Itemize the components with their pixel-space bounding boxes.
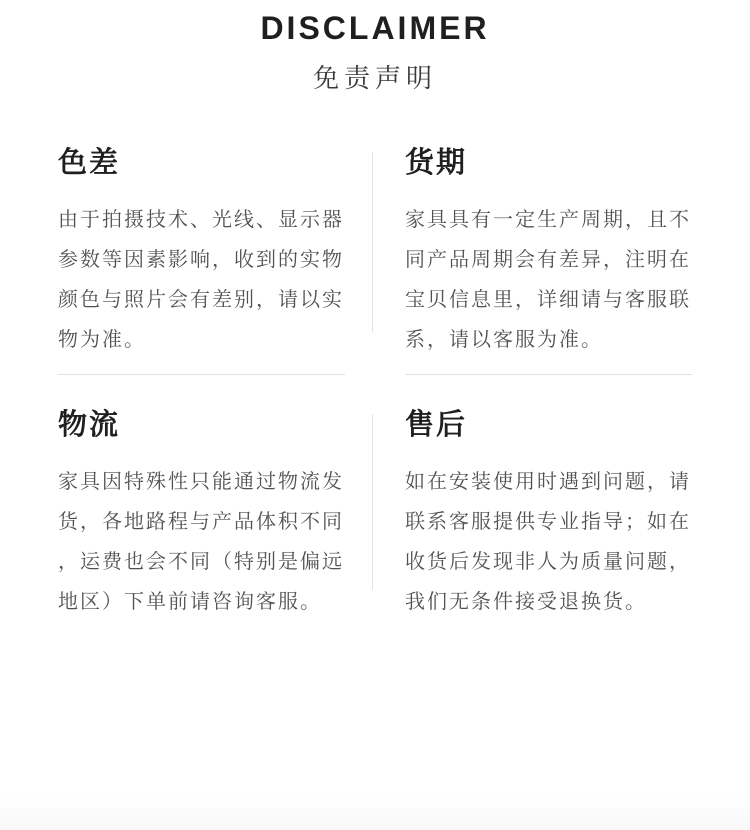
section-logistics: 物流 家具因特殊性只能通过物流发 货，各地路程与产品体积不同 ，运费也会不同（特… (58, 408, 345, 622)
section-heading-delivery-time: 货期 (405, 146, 692, 180)
section-body-after-sales: 如在安装使用时遇到问题，请 联系客服提供专业指导；如在 收货后发现非人为质量问题… (405, 462, 692, 622)
page-bottom-fade (0, 796, 750, 830)
section-body-logistics: 家具因特殊性只能通过物流发 货，各地路程与产品体积不同 ，运费也会不同（特别是偏… (58, 462, 345, 622)
section-color-difference: 色差 由于拍摄技术、光线、显示器 参数等因素影响，收到的实物 颜色与照片会有差别… (58, 146, 345, 360)
horizontal-divider-left (58, 374, 345, 375)
vertical-divider-bottom (372, 414, 373, 590)
page-header: DISCLAIMER 免责声明 (0, 0, 750, 96)
page-title: DISCLAIMER (0, 6, 750, 50)
vertical-divider-top (372, 152, 373, 332)
sections-grid: 色差 由于拍摄技术、光线、显示器 参数等因素影响，收到的实物 颜色与照片会有差别… (58, 146, 692, 622)
disclaimer-page: DISCLAIMER 免责声明 色差 由于拍摄技术、光线、显示器 参数等因素影响… (0, 0, 750, 830)
section-delivery-time: 货期 家具具有一定生产周期，且不 同产品周期会有差异，注明在 宝贝信息里，详细请… (405, 146, 692, 360)
section-body-delivery-time: 家具具有一定生产周期，且不 同产品周期会有差异，注明在 宝贝信息里，详细请与客服… (405, 200, 692, 360)
left-column: 色差 由于拍摄技术、光线、显示器 参数等因素影响，收到的实物 颜色与照片会有差别… (58, 146, 345, 622)
section-body-color-difference: 由于拍摄技术、光线、显示器 参数等因素影响，收到的实物 颜色与照片会有差别，请以… (58, 200, 345, 360)
section-after-sales: 售后 如在安装使用时遇到问题，请 联系客服提供专业指导；如在 收货后发现非人为质… (405, 408, 692, 622)
horizontal-divider-right (405, 374, 692, 375)
right-column: 货期 家具具有一定生产周期，且不 同产品周期会有差异，注明在 宝贝信息里，详细请… (405, 146, 692, 622)
section-heading-color-difference: 色差 (58, 146, 345, 180)
section-heading-after-sales: 售后 (405, 408, 692, 442)
section-heading-logistics: 物流 (58, 408, 345, 442)
page-subtitle: 免责声明 (0, 60, 750, 96)
